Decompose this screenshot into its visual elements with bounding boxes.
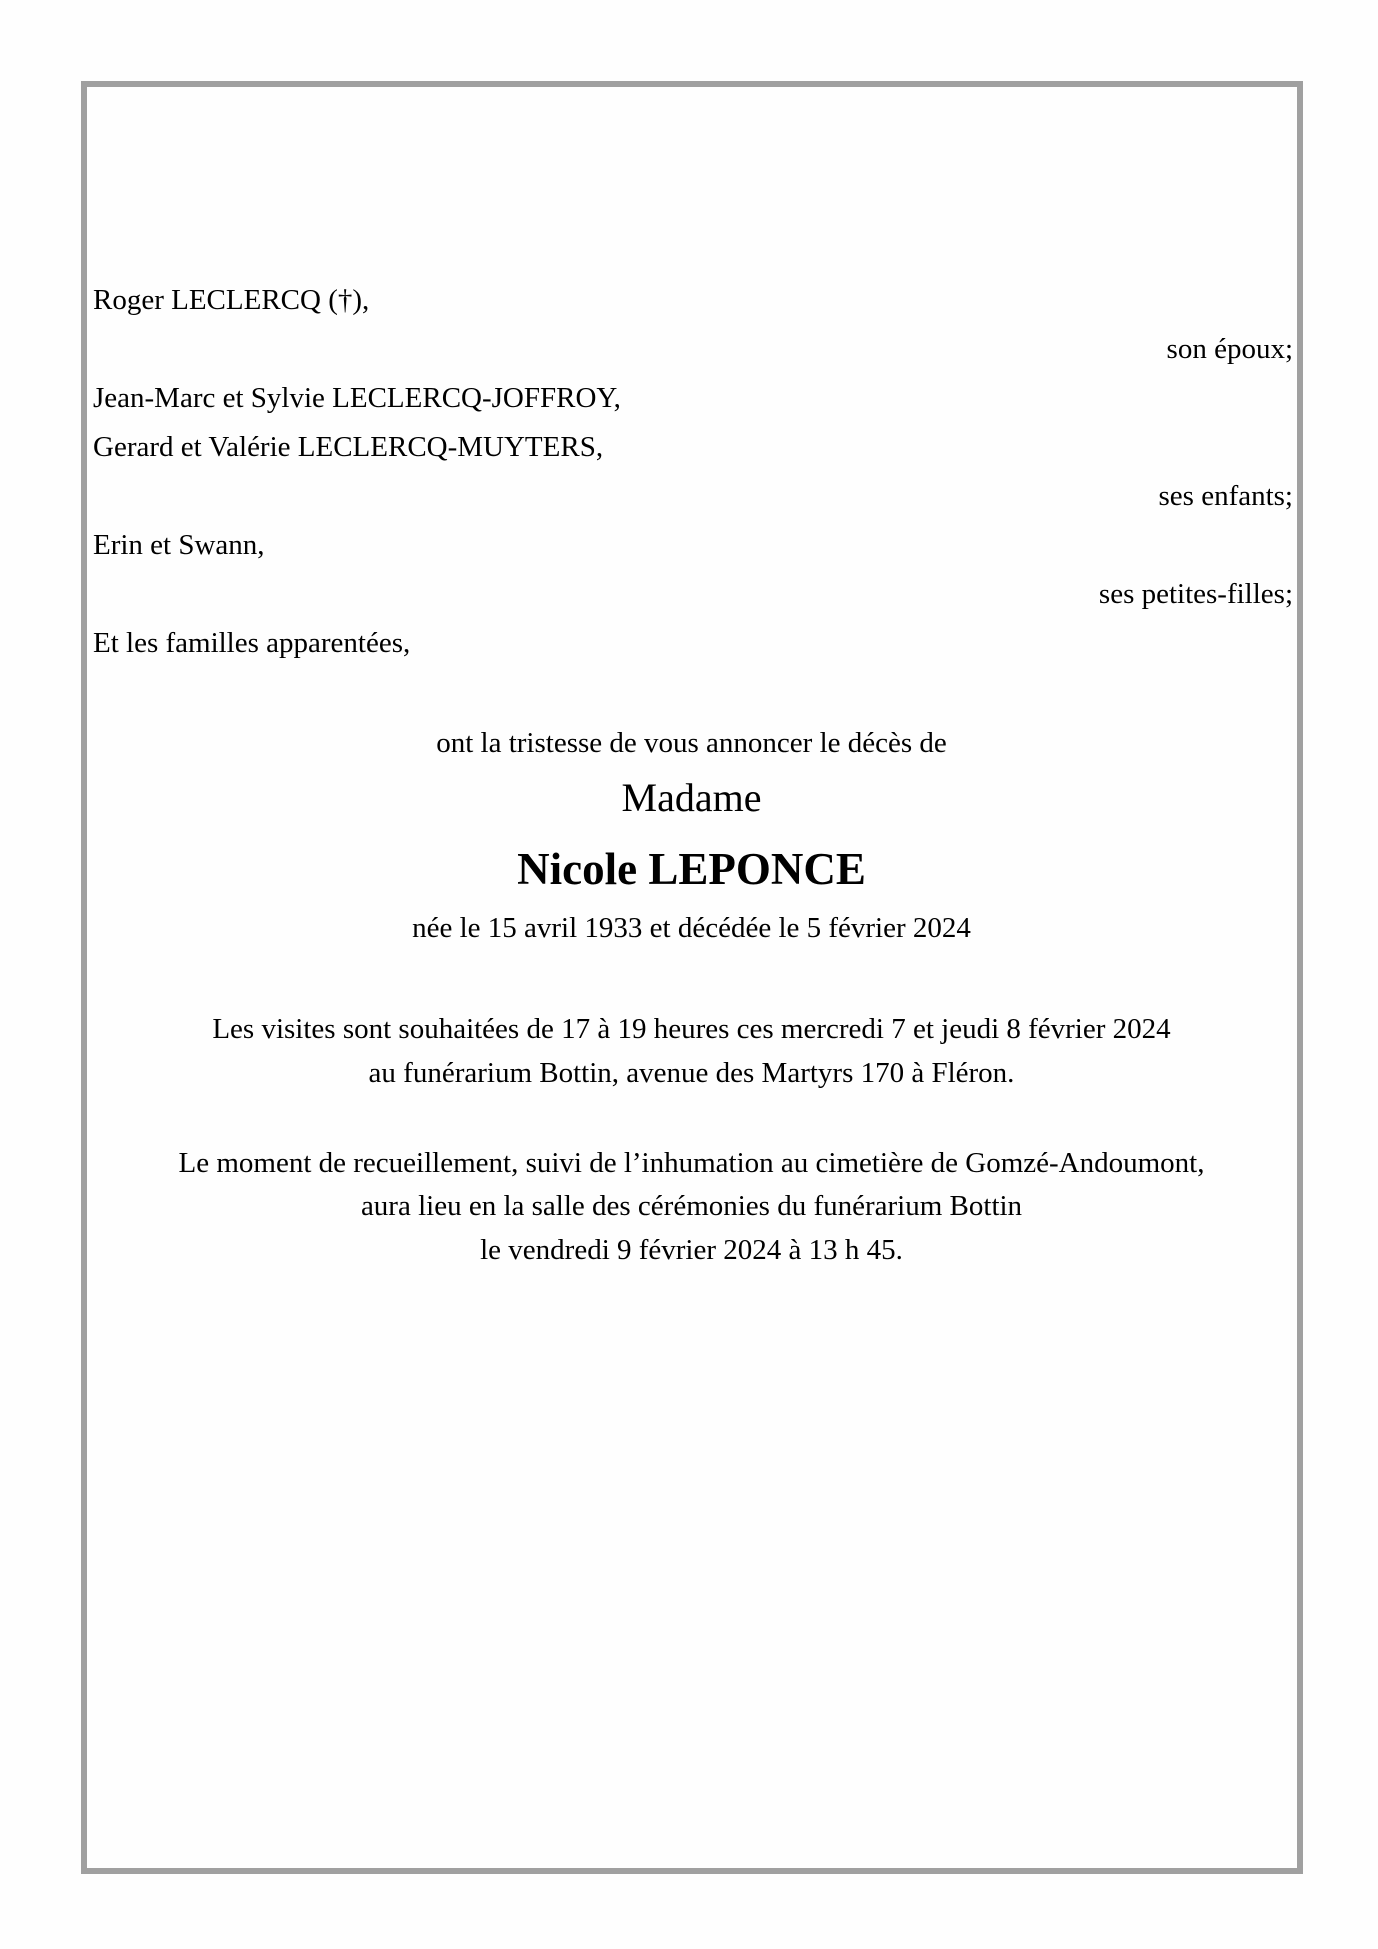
deceased-dates: née le 15 avril 1933 et décédée le 5 fév… — [86, 911, 1297, 945]
deceased-title: Madame — [86, 775, 1297, 821]
visits-line: Les visites sont souhaitées de 17 à 19 h… — [86, 1012, 1297, 1046]
family-member-child: Gerard et Valérie LECLERCQ-MUYTERS, — [93, 430, 1293, 464]
family-member-grandchildren: Erin et Swann, — [93, 528, 1293, 562]
visits-line: au funérarium Bottin, avenue des Martyrs… — [86, 1056, 1297, 1090]
relation-grandchildren: ses petites-filles; — [93, 577, 1293, 611]
ceremony-line: le vendredi 9 février 2024 à 13 h 45. — [86, 1233, 1297, 1267]
family-member-child: Jean-Marc et Sylvie LECLERCQ-JOFFROY, — [93, 381, 1293, 415]
family-relatives: Et les familles apparentées, — [93, 626, 1293, 660]
family-member-spouse: Roger LECLERCQ (†), — [93, 283, 1293, 317]
relation-children: ses enfants; — [93, 479, 1293, 513]
relation-spouse: son époux; — [93, 332, 1293, 366]
ceremony-line: aura lieu en la salle des cérémonies du … — [86, 1189, 1297, 1223]
ceremony-line: Le moment de recueillement, suivi de l’i… — [86, 1146, 1297, 1180]
deceased-name: Nicole LEPONCE — [86, 843, 1297, 895]
announcement-text: ont la tristesse de vous annoncer le déc… — [86, 726, 1297, 760]
